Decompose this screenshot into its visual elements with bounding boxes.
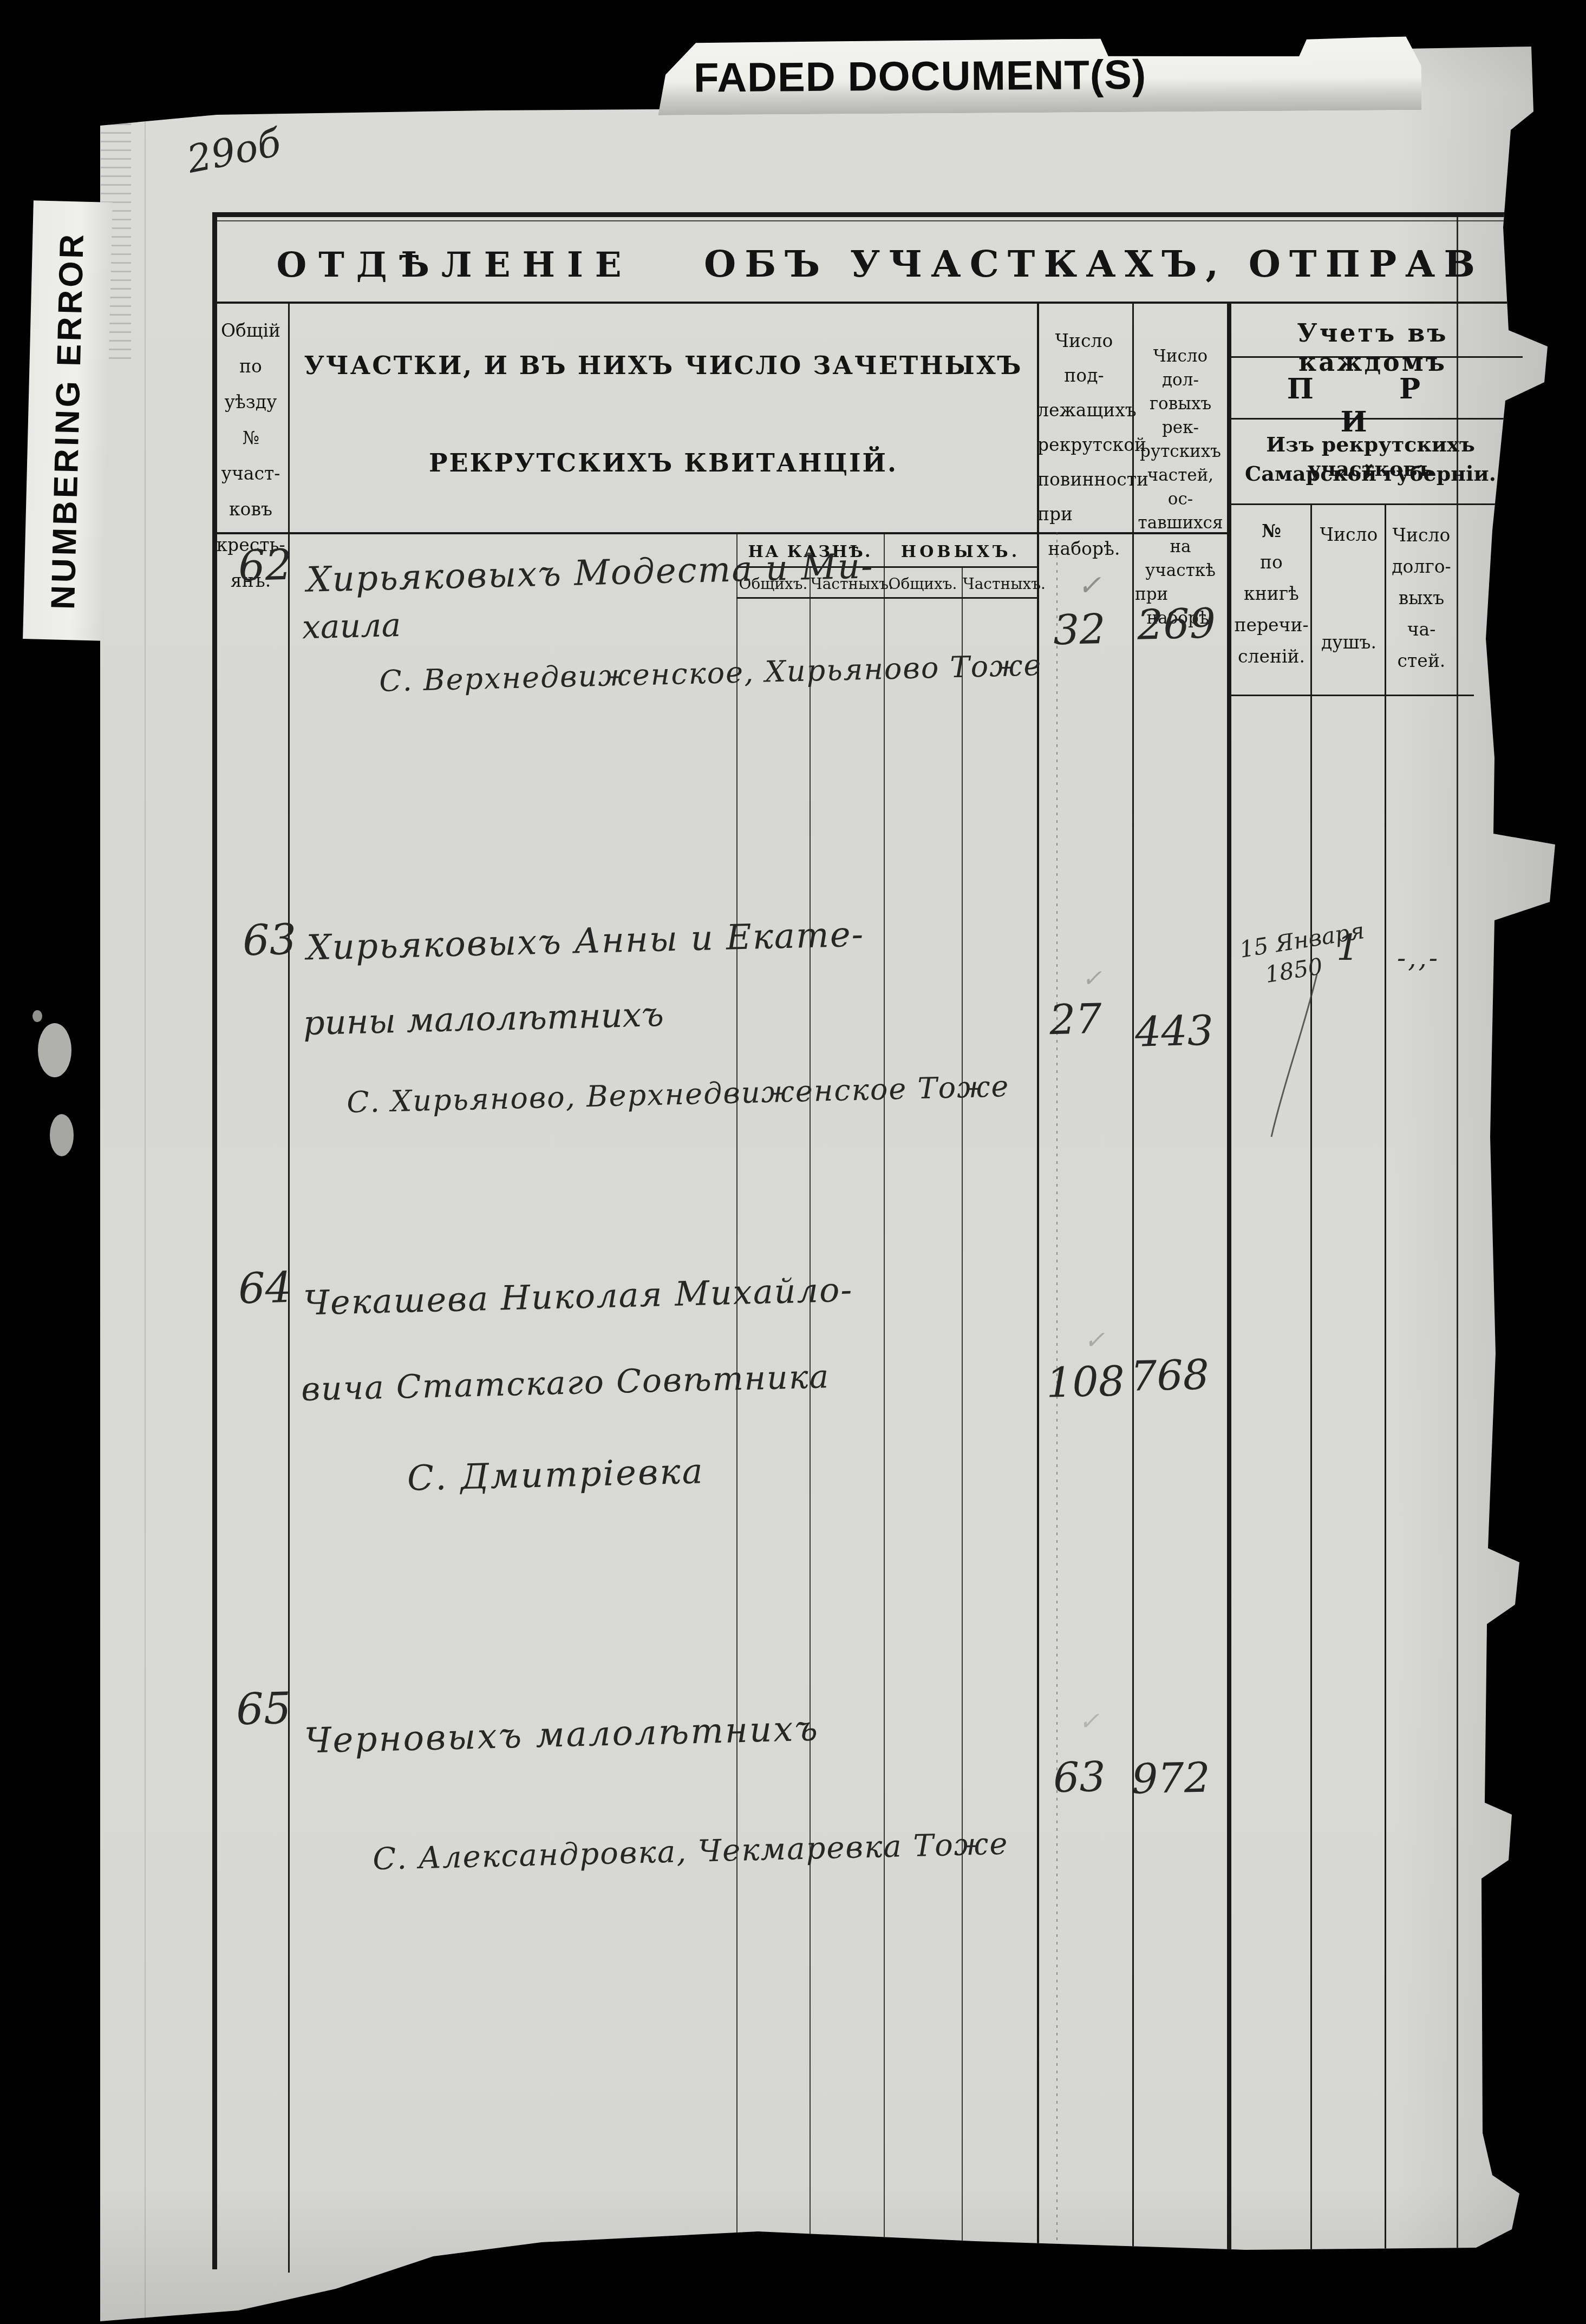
document-page: 29об ОТДѢЛЕНІЕ ОБЪ УЧАСТКАХЪ, ОТПРАВ Общ…	[0, 0, 1586, 2324]
section-title-left: ОТДѢЛЕНІЕ	[271, 245, 639, 285]
receipts-header-novyh: НОВЫХЪ.	[885, 542, 1036, 561]
numbering-error-label: NUMBERING ERROR	[23, 200, 113, 640]
row-entry-line2: хаила	[302, 606, 401, 646]
duty-count-value: 108	[1046, 1357, 1125, 1407]
group-header-samara-line2: Самарской губерніи.	[1233, 461, 1507, 486]
checkmark: ✓	[1078, 569, 1101, 602]
receipts-subcol-obshchikh-2: Общихъ.	[885, 575, 961, 593]
row-number: 62	[238, 541, 292, 591]
faded-document-label-text: FADED DOCUMENT(S)	[694, 51, 1147, 102]
section-title-right: ОБЪ УЧАСТКАХЪ, ОТПРАВ	[704, 243, 1570, 286]
checkmark: ✓	[1082, 965, 1102, 992]
col-header-districts-title-line2: РЕКРУТСКИХЪ КВИТАНЦІЙ.	[292, 448, 1034, 477]
film-speck	[50, 1114, 74, 1156]
row-number: 65	[236, 1683, 292, 1734]
debt-parts-value: 768	[1130, 1350, 1210, 1400]
duty-count-value: 63	[1053, 1752, 1106, 1802]
subcol-header-souls: Число душъ.	[1315, 524, 1383, 653]
debt-parts-value: 443	[1134, 1006, 1214, 1056]
col-header-duty-count: Число под- лежащихъ рекрутской повинност…	[1037, 324, 1131, 566]
subcol-header-debt-count: Число долго- выхъ ча- стей.	[1387, 520, 1456, 677]
col-header-debt-parts: Число дол- говыхъ рек- рутскихъ частей, …	[1135, 344, 1226, 630]
row-entry-line3: С. Дмитріевка	[407, 1451, 704, 1498]
debt-count-ditto: -,,-	[1397, 943, 1440, 973]
duty-count-value: 32	[1053, 605, 1106, 654]
row-number: 63	[242, 915, 297, 965]
row-number: 64	[238, 1264, 292, 1313]
souls-count-value: 1	[1336, 927, 1359, 968]
receipts-subcol-chastnykh-2: Частныхъ.	[963, 575, 1036, 593]
numbering-error-label-text: NUMBERING ERROR	[44, 231, 92, 610]
group-header-account: Учетъ въ каждомъ	[1235, 318, 1511, 377]
debt-parts-value: 269	[1137, 599, 1216, 649]
film-speck	[38, 1023, 71, 1077]
group-header-pri: П Р И	[1235, 372, 1511, 438]
checkmark: ✓	[1084, 1325, 1105, 1354]
debt-parts-value: 972	[1131, 1753, 1211, 1803]
checkmark: ✓	[1079, 1706, 1100, 1736]
faded-document-label: FADED DOCUMENT(S)	[658, 36, 1422, 115]
duty-count-value: 27	[1049, 994, 1102, 1044]
microfilm-scan: 29об ОТДѢЛЕНІЕ ОБЪ УЧАСТКАХЪ, ОТПРАВ Общ…	[0, 0, 1586, 2324]
film-speck	[32, 1010, 42, 1022]
col-header-districts-title-line1: УЧАСТКИ, И ВЪ НИХЪ ЧИСЛО ЗАЧЕТНЫХЪ	[292, 351, 1034, 380]
subcol-header-book-number: № по книгѣ перечи- сленій.	[1233, 515, 1309, 672]
